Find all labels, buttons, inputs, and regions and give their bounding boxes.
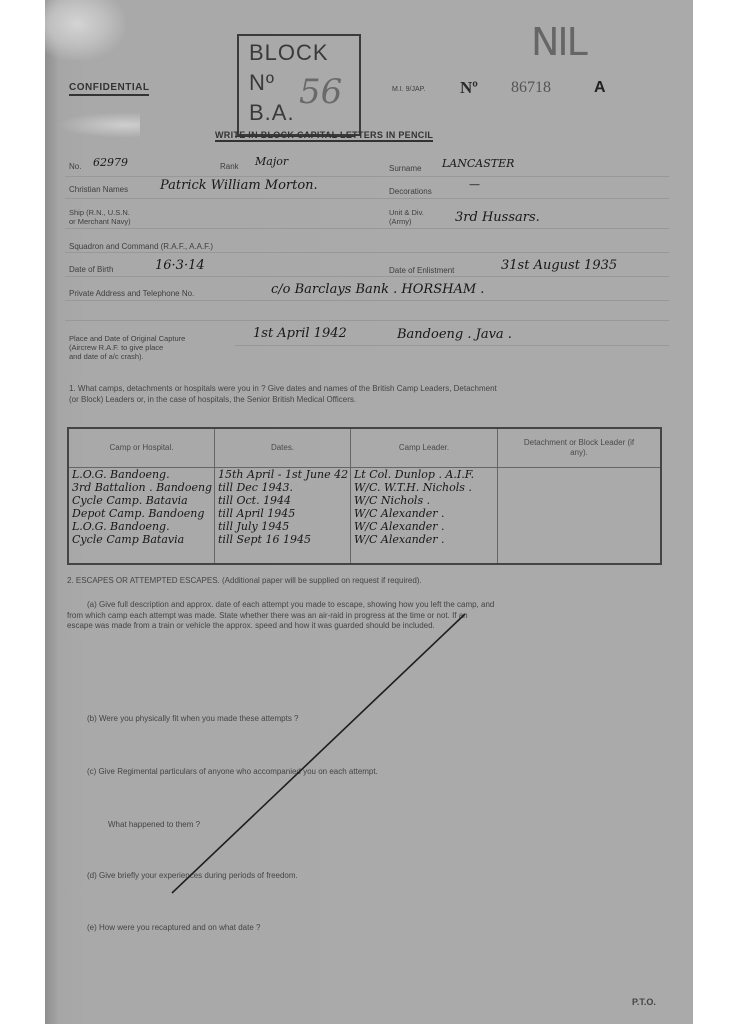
document-page: CONFIDENTIAL BLOCK Nº B.A. 56 NIL M.I. 9… (45, 0, 693, 1024)
diagonal-cross-out-line (45, 0, 693, 1024)
